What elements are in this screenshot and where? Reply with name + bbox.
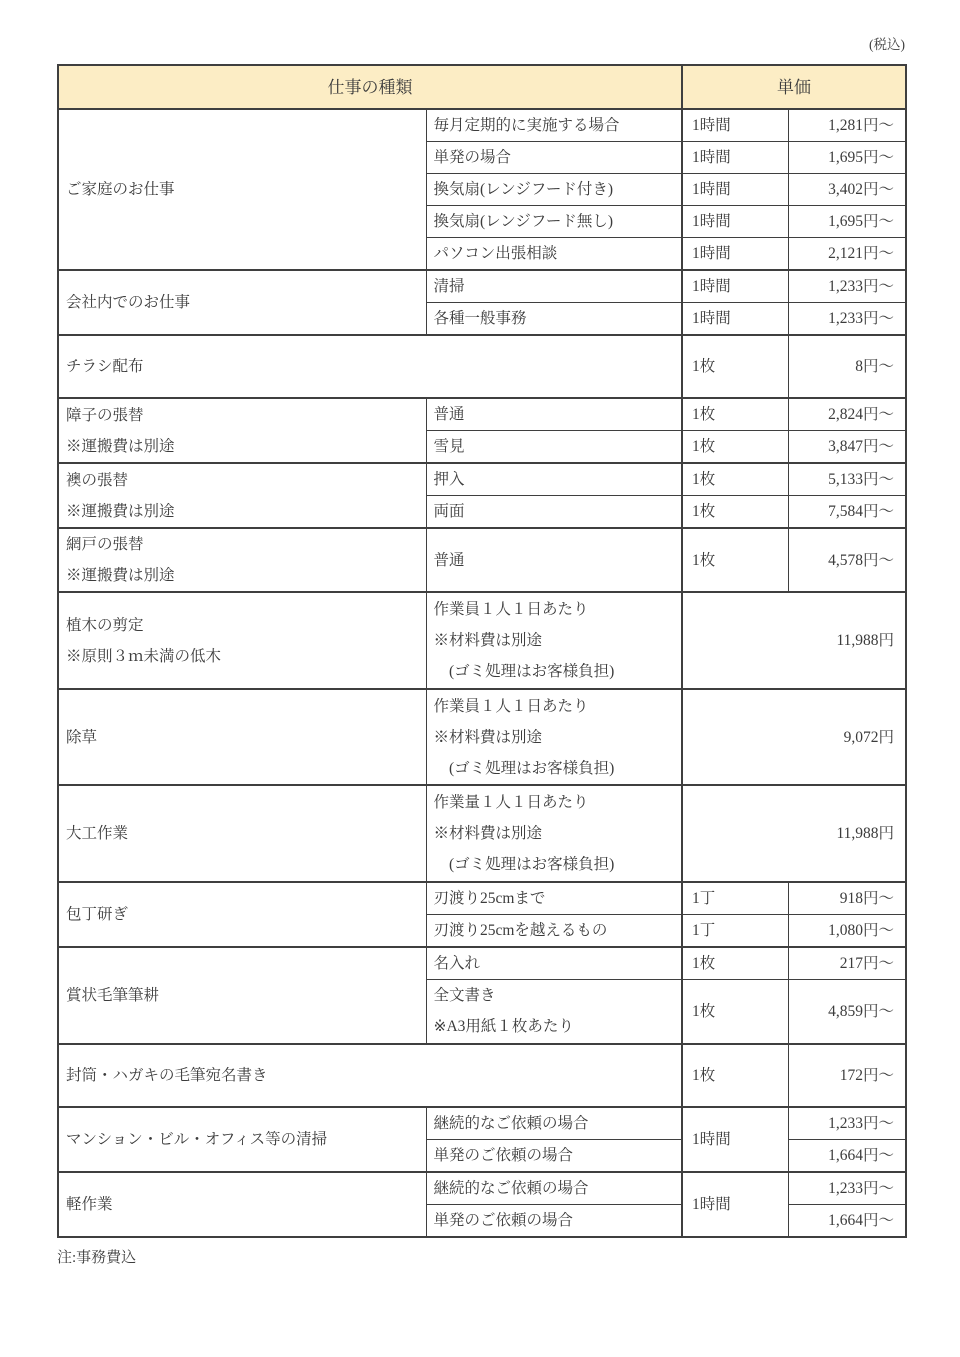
price-cell: 1,233円〜 bbox=[788, 1107, 906, 1140]
sub-line: (ゴミ処理はお客様負担) bbox=[434, 656, 676, 687]
table-row: 賞状毛筆筆耕 名入れ 1枚 217円〜 bbox=[58, 947, 906, 980]
sub-line: 作業員１人１日あたり bbox=[434, 691, 676, 722]
unit-cell: 1枚 bbox=[682, 335, 788, 398]
col-header-unit-price: 単価 bbox=[682, 65, 906, 109]
unit-cell: 1時間 bbox=[682, 1107, 788, 1172]
sub-item: 刃渡り25cmまで bbox=[426, 882, 682, 915]
price-cell: 1,664円〜 bbox=[788, 1139, 906, 1172]
price-cell: 5,133円〜 bbox=[788, 463, 906, 496]
footer-note: 注:事務費込 bbox=[57, 1247, 905, 1269]
unit-cell: 1時間 bbox=[682, 1172, 788, 1237]
sub-item: 押入 bbox=[426, 463, 682, 496]
sub-item: 作業員１人１日あたり ※材料費は別途 (ゴミ処理はお客様負担) bbox=[426, 689, 682, 785]
price-cell: 217円〜 bbox=[788, 947, 906, 980]
category-home-jobs: ご家庭のお仕事 bbox=[58, 109, 426, 270]
category-label: 網戸の張替 bbox=[66, 529, 420, 560]
unit-cell: 1枚 bbox=[682, 947, 788, 980]
price-cell: 8円〜 bbox=[788, 335, 906, 398]
price-cell: 1,664円〜 bbox=[788, 1204, 906, 1237]
price-list-page: (税込) 仕事の種類 単価 ご家庭のお仕事 毎月定期的に実施する場合 1時間 1… bbox=[0, 0, 960, 1357]
price-cell: 11,988円 bbox=[682, 592, 906, 689]
sub-item: 単発のご依頼の場合 bbox=[426, 1204, 682, 1237]
category-label: 軽作業 bbox=[66, 1189, 420, 1220]
price-cell: 1,695円〜 bbox=[788, 206, 906, 238]
price-cell: 2,121円〜 bbox=[788, 238, 906, 271]
price-cell: 3,847円〜 bbox=[788, 431, 906, 464]
category-office-jobs: 会社内でのお仕事 bbox=[58, 270, 426, 335]
category-knife-sharpening: 包丁研ぎ bbox=[58, 882, 426, 947]
category-label: マンション・ビル・オフィス等の清掃 bbox=[66, 1124, 420, 1155]
category-screen-door-repapering: 網戸の張替 ※運搬費は別途 bbox=[58, 528, 426, 592]
price-cell: 918円〜 bbox=[788, 882, 906, 915]
unit-cell: 1枚 bbox=[682, 431, 788, 464]
category-label: 障子の張替 bbox=[66, 400, 420, 431]
sub-line: ※材料費は別途 bbox=[434, 818, 676, 849]
unit-cell: 1時間 bbox=[682, 174, 788, 206]
sub-item: 作業量１人１日あたり ※材料費は別途 (ゴミ処理はお客様負担) bbox=[426, 785, 682, 882]
table-row: 植木の剪定 ※原則３ｍ未満の低木 作業員１人１日あたり ※材料費は別途 (ゴミ処… bbox=[58, 592, 906, 689]
unit-cell: 1枚 bbox=[682, 1044, 788, 1107]
col-header-job-type: 仕事の種類 bbox=[58, 65, 682, 109]
category-tree-pruning: 植木の剪定 ※原則３ｍ未満の低木 bbox=[58, 592, 426, 689]
price-cell: 4,859円〜 bbox=[788, 980, 906, 1044]
price-cell: 7,584円〜 bbox=[788, 496, 906, 529]
unit-cell: 1枚 bbox=[682, 980, 788, 1044]
sub-item: パソコン出張相談 bbox=[426, 238, 682, 271]
price-cell: 2,824円〜 bbox=[788, 398, 906, 431]
sub-item: 普通 bbox=[426, 398, 682, 431]
price-cell: 1,233円〜 bbox=[788, 270, 906, 303]
sub-item: 全文書き ※A3用紙１枚あたり bbox=[426, 980, 682, 1044]
table-header-row: 仕事の種類 単価 bbox=[58, 65, 906, 109]
unit-cell: 1枚 bbox=[682, 398, 788, 431]
price-cell: 1,695円〜 bbox=[788, 142, 906, 174]
category-light-work: 軽作業 bbox=[58, 1172, 426, 1237]
category-note: ※運搬費は別途 bbox=[66, 496, 420, 527]
sub-item: 継続的なご依頼の場合 bbox=[426, 1107, 682, 1140]
sub-item: 清掃 bbox=[426, 270, 682, 303]
category-flyer-distribution: チラシ配布 bbox=[58, 335, 682, 398]
sub-item: 単発の場合 bbox=[426, 142, 682, 174]
category-note: ※原則３ｍ未満の低木 bbox=[66, 641, 420, 672]
unit-cell: 1時間 bbox=[682, 238, 788, 271]
category-label: 会社内でのお仕事 bbox=[66, 287, 420, 318]
unit-cell: 1枚 bbox=[682, 463, 788, 496]
table-row: 除草 作業員１人１日あたり ※材料費は別途 (ゴミ処理はお客様負担) 9,072… bbox=[58, 689, 906, 785]
table-row: 会社内でのお仕事 清掃 1時間 1,233円〜 bbox=[58, 270, 906, 303]
sub-line: (ゴミ処理はお客様負担) bbox=[434, 849, 676, 880]
category-building-cleaning: マンション・ビル・オフィス等の清掃 bbox=[58, 1107, 426, 1172]
sub-item: 雪見 bbox=[426, 431, 682, 464]
category-label: 包丁研ぎ bbox=[66, 899, 420, 930]
unit-cell: 1丁 bbox=[682, 882, 788, 915]
table-row: 大工作業 作業量１人１日あたり ※材料費は別途 (ゴミ処理はお客様負担) 11,… bbox=[58, 785, 906, 882]
tax-included-note: (税込) bbox=[57, 36, 905, 54]
category-shoji-repapering: 障子の張替 ※運搬費は別途 bbox=[58, 398, 426, 463]
table-row: チラシ配布 1枚 8円〜 bbox=[58, 335, 906, 398]
category-note: ※運搬費は別途 bbox=[66, 560, 420, 591]
category-weeding: 除草 bbox=[58, 689, 426, 785]
sub-item: 刃渡り25cmを越えるもの bbox=[426, 915, 682, 948]
category-label: 襖の張替 bbox=[66, 465, 420, 496]
unit-cell: 1時間 bbox=[682, 142, 788, 174]
category-carpentry: 大工作業 bbox=[58, 785, 426, 882]
table-row: 襖の張替 ※運搬費は別途 押入 1枚 5,133円〜 bbox=[58, 463, 906, 496]
sub-item: 両面 bbox=[426, 496, 682, 529]
table-row: ご家庭のお仕事 毎月定期的に実施する場合 1時間 1,281円〜 bbox=[58, 109, 906, 142]
sub-line: 全文書き bbox=[434, 980, 676, 1011]
table-row: マンション・ビル・オフィス等の清掃 継続的なご依頼の場合 1時間 1,233円〜 bbox=[58, 1107, 906, 1140]
price-cell: 1,281円〜 bbox=[788, 109, 906, 142]
sub-item: 換気扇(レンジフード付き) bbox=[426, 174, 682, 206]
category-envelope-addressing: 封筒・ハガキの毛筆宛名書き bbox=[58, 1044, 682, 1107]
price-cell: 11,988円 bbox=[682, 785, 906, 882]
sub-item: 各種一般事務 bbox=[426, 303, 682, 336]
unit-cell: 1枚 bbox=[682, 496, 788, 529]
category-note: ※運搬費は別途 bbox=[66, 431, 420, 462]
price-cell: 1,080円〜 bbox=[788, 915, 906, 948]
category-label: 植木の剪定 bbox=[66, 610, 420, 641]
sub-line: ※材料費は別途 bbox=[434, 625, 676, 656]
price-cell: 3,402円〜 bbox=[788, 174, 906, 206]
unit-cell: 1時間 bbox=[682, 109, 788, 142]
price-cell: 1,233円〜 bbox=[788, 1172, 906, 1205]
price-table: 仕事の種類 単価 ご家庭のお仕事 毎月定期的に実施する場合 1時間 1,281円… bbox=[57, 64, 907, 1238]
sub-line: ※材料費は別途 bbox=[434, 722, 676, 753]
price-cell: 1,233円〜 bbox=[788, 303, 906, 336]
category-label: 賞状毛筆筆耕 bbox=[66, 980, 420, 1011]
category-label: 除草 bbox=[66, 722, 420, 753]
sub-item: 名入れ bbox=[426, 947, 682, 980]
sub-note: ※A3用紙１枚あたり bbox=[434, 1011, 676, 1042]
table-row: 障子の張替 ※運搬費は別途 普通 1枚 2,824円〜 bbox=[58, 398, 906, 431]
unit-cell: 1枚 bbox=[682, 528, 788, 592]
sub-item: 普通 bbox=[426, 528, 682, 592]
sub-line: (ゴミ処理はお客様負担) bbox=[434, 753, 676, 784]
table-row: 包丁研ぎ 刃渡り25cmまで 1丁 918円〜 bbox=[58, 882, 906, 915]
sub-item: 換気扇(レンジフード無し) bbox=[426, 206, 682, 238]
table-row: 封筒・ハガキの毛筆宛名書き 1枚 172円〜 bbox=[58, 1044, 906, 1107]
sub-line: 作業員１人１日あたり bbox=[434, 594, 676, 625]
price-cell: 172円〜 bbox=[788, 1044, 906, 1107]
unit-cell: 1丁 bbox=[682, 915, 788, 948]
sub-line: 作業量１人１日あたり bbox=[434, 787, 676, 818]
unit-cell: 1時間 bbox=[682, 303, 788, 336]
table-row: 網戸の張替 ※運搬費は別途 普通 1枚 4,578円〜 bbox=[58, 528, 906, 592]
unit-cell: 1時間 bbox=[682, 206, 788, 238]
sub-item: 作業員１人１日あたり ※材料費は別途 (ゴミ処理はお客様負担) bbox=[426, 592, 682, 689]
sub-item: 継続的なご依頼の場合 bbox=[426, 1172, 682, 1205]
category-certificate-calligraphy: 賞状毛筆筆耕 bbox=[58, 947, 426, 1044]
sub-item: 単発のご依頼の場合 bbox=[426, 1139, 682, 1172]
price-cell: 9,072円 bbox=[682, 689, 906, 785]
price-cell: 4,578円〜 bbox=[788, 528, 906, 592]
category-fusuma-repapering: 襖の張替 ※運搬費は別途 bbox=[58, 463, 426, 528]
table-row: 軽作業 継続的なご依頼の場合 1時間 1,233円〜 bbox=[58, 1172, 906, 1205]
category-label: ご家庭のお仕事 bbox=[66, 174, 420, 205]
category-label: 大工作業 bbox=[66, 818, 420, 849]
sub-item: 毎月定期的に実施する場合 bbox=[426, 109, 682, 142]
unit-cell: 1時間 bbox=[682, 270, 788, 303]
